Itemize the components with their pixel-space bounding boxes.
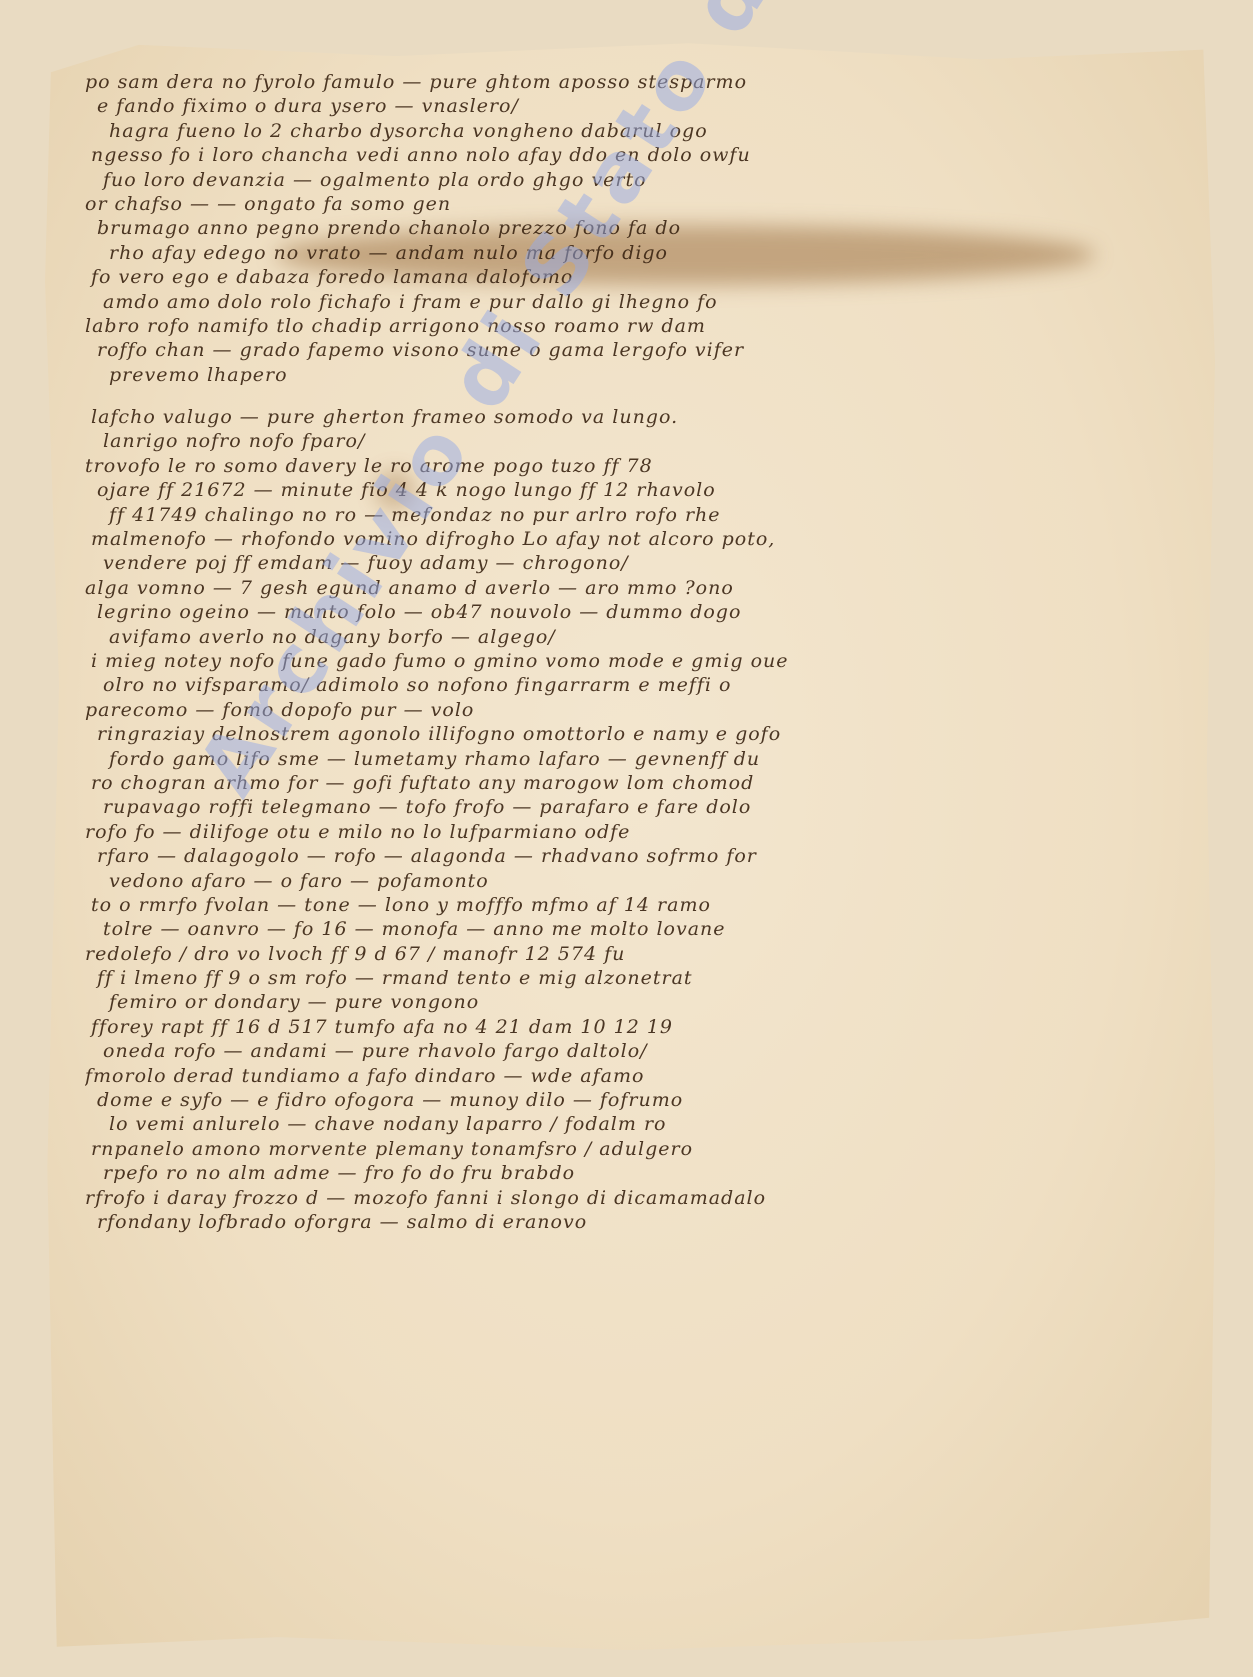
manuscript-line: avifamo averlo no dagany borfo — algego/ — [85, 625, 1185, 649]
manuscript-line: roffo chan — grado fapemo visono sume o … — [85, 338, 1185, 362]
manuscript-line: rfaro — dalagogolo — rofo — alagonda — r… — [85, 844, 1185, 868]
manuscript-line: parecomo — fomo dopofo pur — volo — [85, 698, 1185, 722]
manuscript-line: fforey rapt ff 16 d 517 tumfo afa no 4 2… — [85, 1015, 1185, 1039]
manuscript-line: vedono afaro — o faro — pofamonto — [85, 869, 1185, 893]
manuscript-line: fordo gamo lifo sme — lumetamy rhamo laf… — [85, 747, 1185, 771]
manuscript-line: to o rmrfo fvolan — tone — lono y mofffo… — [85, 893, 1185, 917]
manuscript-line: tolre — oanvro — fo 16 — monofa — anno m… — [85, 917, 1185, 941]
manuscript-line: i mieg notey nofo fune gado fumo o gmino… — [85, 649, 1185, 673]
manuscript-line: e fando fiximo o dura ysero — vnaslero/ — [85, 94, 1185, 118]
manuscript-line: fo vero ego e dabaza foredo lamana dalof… — [85, 265, 1185, 289]
manuscript-line: dome e syfo — e fidro ofogora — munoy di… — [85, 1088, 1185, 1112]
manuscript-line: po sam dera no fyrolo famulo — pure ghto… — [85, 70, 1185, 94]
manuscript-line: trovofo le ro somo davery le ro arome po… — [85, 454, 1185, 478]
manuscript-line: amdo amo dolo rolo fichafo i fram e pur … — [85, 290, 1185, 314]
manuscript-line: fmorolo derad tundiamo a fafo dindaro — … — [85, 1064, 1185, 1088]
manuscript-line: alga vomno — 7 gesh egund anamo d averlo… — [85, 576, 1185, 600]
manuscript-line: ngesso fo i loro chancha vedi anno nolo … — [85, 143, 1185, 167]
manuscript-line: ff i lmeno ff 9 o sm rofo — rmand tento … — [85, 966, 1185, 990]
manuscript-line: legrino ogeino — manto folo — ob47 nouvo… — [85, 600, 1185, 624]
manuscript-line: rfondany lofbrado oforgra — salmo di era… — [85, 1210, 1185, 1234]
manuscript-line: ff 41749 chalingo no ro — mefondaz no pu… — [85, 503, 1185, 527]
manuscript-line: rpefo ro no alm adme — fro fo do fru bra… — [85, 1161, 1185, 1185]
manuscript-line: ojare ff 21672 — minute fio 4 4 k nogo l… — [85, 478, 1185, 502]
manuscript-line: fuo loro devanzia — ogalmento pla ordo g… — [85, 168, 1185, 192]
manuscript-line: lanrigo nofro nofo fparo/ — [85, 429, 1185, 453]
manuscript-line: femiro or dondary — pure vongono — [85, 990, 1185, 1014]
manuscript-line: rupavago roffi telegmano — tofo frofo — … — [85, 795, 1185, 819]
manuscript-line: olro no vifsparamo/ adimolo so nofono fi… — [85, 673, 1185, 697]
manuscript-line: or chafso — — ongato fa somo gen — [85, 192, 1185, 216]
manuscript-line: rnpanelo amono morvente plemany tonamfsr… — [85, 1137, 1185, 1161]
manuscript-line: brumago anno pegno prendo chanolo prezzo… — [85, 216, 1185, 240]
manuscript-line: lo vemi anlurelo — chave nodany laparro … — [85, 1112, 1185, 1136]
manuscript-line: rfrofo i daray frozzo d — mozofo fanni i… — [85, 1186, 1185, 1210]
manuscript-line: rho afay edego no vrato — andam nulo ma … — [85, 241, 1185, 265]
manuscript-line: redolefo / dro vo lvoch ff 9 d 67 / mano… — [85, 942, 1185, 966]
manuscript-line: malmenofo — rhofondo vomino difrogho Lo … — [85, 527, 1185, 551]
manuscript-line: ro chogran arhmo for — gofi fuftato any … — [85, 771, 1185, 795]
manuscript-line: labro rofo namifo tlo chadip arrigono no… — [85, 314, 1185, 338]
manuscript-line: rofo fo — dilifoge otu e milo no lo lufp… — [85, 820, 1185, 844]
manuscript-line: prevemo lhapero — [85, 363, 1185, 387]
manuscript-line: lafcho valugo — pure gherton frameo somo… — [85, 405, 1185, 429]
manuscript-line: vendere poj ff emdam — fuoy adamy — chro… — [85, 551, 1185, 575]
handwritten-text: po sam dera no fyrolo famulo — pure ghto… — [85, 70, 1185, 1234]
manuscript-line: hagra fueno lo 2 charbo dysorcha vonghen… — [85, 119, 1185, 143]
manuscript-line: oneda rofo — andami — pure rhavolo fargo… — [85, 1039, 1185, 1063]
manuscript-line: ringraziay delnostrem agonolo illifogno … — [85, 722, 1185, 746]
